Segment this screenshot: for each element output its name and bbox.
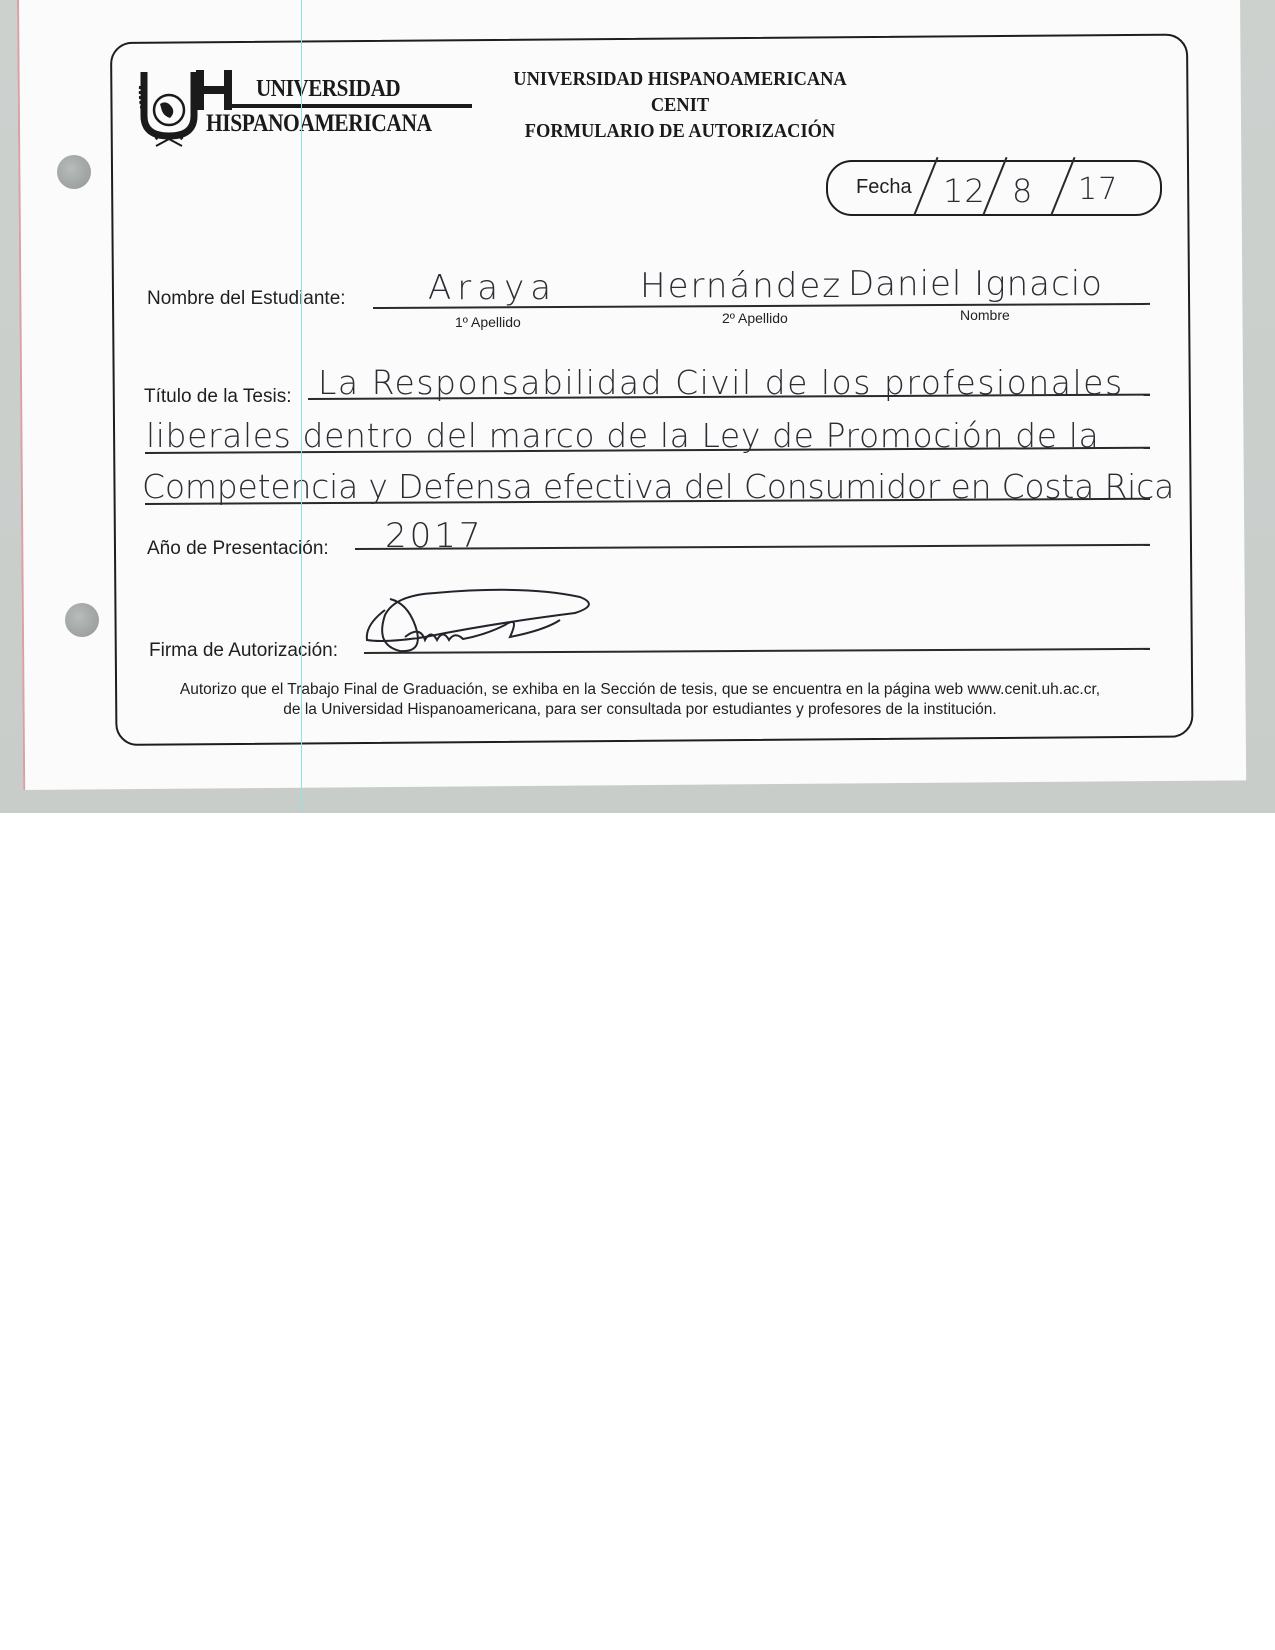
date-month: 8 <box>1012 172 1033 210</box>
presentation-year-value[interactable]: 2017 <box>385 516 484 556</box>
scan-guide-line <box>301 0 302 813</box>
institution-name: UNIVERSIDAD HISPANOAMERICANA <box>487 66 873 92</box>
date-label: Fecha <box>856 176 912 199</box>
thesis-title-line-1[interactable]: La Responsabilidad Civil de los profesio… <box>318 363 1124 402</box>
logo-line2: HISPANOAMERICANA <box>206 110 432 138</box>
thesis-title-line-2[interactable]: liberales dentro del marco de la Ley de … <box>146 416 1099 455</box>
given-name-sublabel: Nombre <box>960 307 1010 323</box>
globe-wreath-icon <box>138 66 200 148</box>
authorization-statement: Autorizo que el Trabajo Final de Graduac… <box>140 680 1140 720</box>
punch-hole-bottom <box>65 603 99 637</box>
logo-rule <box>228 104 472 108</box>
logo-line1: UNIVERSIDAD <box>256 76 400 103</box>
authorization-line-2: de la Universidad Hispanoamericana, para… <box>140 700 1140 720</box>
punch-hole-top <box>57 155 91 189</box>
thesis-title-label: Título de la Tesis: <box>144 386 292 408</box>
first-surname-sublabel: 1º Apellido <box>455 314 521 330</box>
date-day: 12 <box>943 172 986 210</box>
student-first-surname[interactable]: Araya <box>428 268 557 308</box>
date-year: 17 <box>1078 172 1118 207</box>
authorization-line-1: Autorizo que el Trabajo Final de Graduac… <box>140 680 1140 700</box>
student-second-surname[interactable]: Hernández <box>640 266 842 306</box>
second-surname-sublabel: 2º Apellido <box>722 310 788 326</box>
university-logo: UNIVERSIDAD HISPANOAMERICANA <box>138 66 468 148</box>
unit-name: CENIT <box>487 92 873 118</box>
signature-label: Firma de Autorización: <box>149 640 338 662</box>
student-given-name[interactable]: Daniel Ignacio <box>848 264 1103 304</box>
logo-h-letter <box>196 68 232 112</box>
signature-scribble[interactable] <box>345 585 615 660</box>
thesis-title-line-3[interactable]: Competencia y Defensa efectiva del Consu… <box>142 467 1174 506</box>
form-header: UNIVERSIDAD HISPANOAMERICANA CENIT FORMU… <box>470 66 890 144</box>
form-title: FORMULARIO DE AUTORIZACIÓN <box>487 118 873 144</box>
student-name-label: Nombre del Estudiante: <box>147 288 346 310</box>
